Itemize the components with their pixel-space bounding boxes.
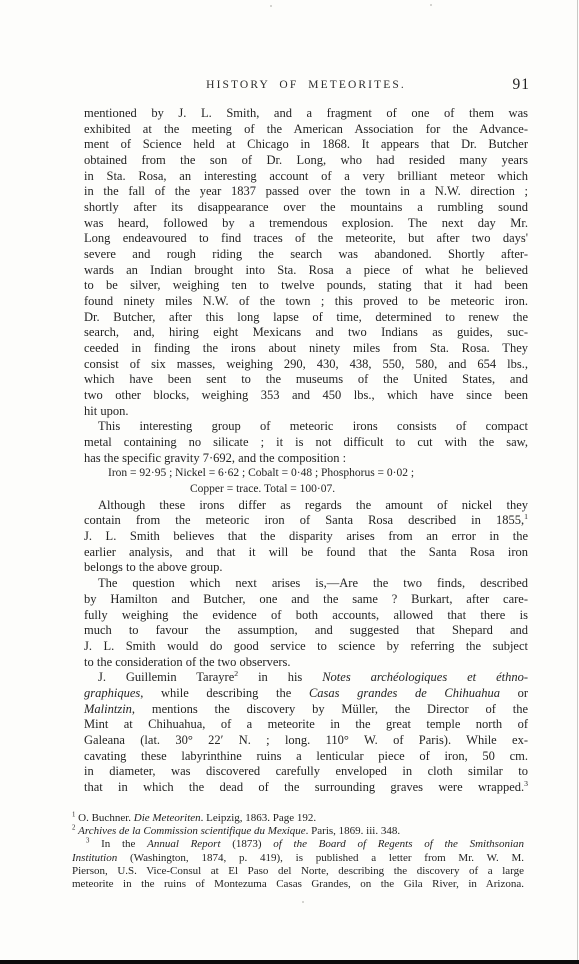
italic-text: Die Meteoriten xyxy=(134,812,201,824)
footnote: 1 O. Buchner. Die Meteoriten. Leipzig, 1… xyxy=(72,812,524,825)
text-segment: that in which the dead of the surroundin… xyxy=(84,780,524,794)
text-line: ceeded in finding the irons about ninety… xyxy=(84,341,528,357)
text-line: Pierson, U.S. Vice-Consul at El Paso del… xyxy=(72,865,524,878)
text-line: belongs to the above group. xyxy=(84,560,528,576)
text-line: search, and, hiring eight Mexicans and t… xyxy=(84,325,528,341)
header-title: HISTORY OF METEORITES. xyxy=(84,79,528,91)
text-segment: . Leipzig, 1863. Page 192. xyxy=(201,812,316,824)
text-line: Long endeavoured to find traces of the m… xyxy=(84,231,528,247)
scan-speck xyxy=(430,4,432,6)
text-line: in Sta. Rosa, an interesting account of … xyxy=(84,169,528,185)
text-line: Copper = trace. Total = 100·07. xyxy=(84,482,528,498)
scan-speck xyxy=(302,901,304,903)
text-line: was heard, followed by a tremendous expl… xyxy=(84,216,528,232)
text-line: The question which next arises is,—Are t… xyxy=(84,576,528,592)
text-segment: O. Buchner. xyxy=(75,812,133,824)
text-segment: . Paris, 1869. iii. 348. xyxy=(306,825,400,837)
italic-text: Archives de la Commission scientifique d… xyxy=(78,825,306,837)
text-segment: In the xyxy=(89,838,147,850)
italic-text: Institution xyxy=(72,852,117,864)
text-segment: contain from the meteoric iron of Santa … xyxy=(84,513,524,527)
text-line: in the fall of the year 1837 passed over… xyxy=(84,184,528,200)
composition-block: Iron = 92·95 ; Nickel = 6·62 ; Cobalt = … xyxy=(84,466,528,497)
text-line: hit upon. xyxy=(84,404,528,420)
paragraph: The question which next arises is,—Are t… xyxy=(84,576,528,670)
paragraph: J. Guillemin Tarayre2 in his Notes arché… xyxy=(84,670,528,795)
running-header: HISTORY OF METEORITES. 91 xyxy=(84,79,528,97)
italic-text: Notes archéologiques et éthno- xyxy=(322,670,528,684)
text-line: Malintzin, mentions the discovery by Mül… xyxy=(84,702,528,718)
text-line: earlier analysis, and that it will be fo… xyxy=(84,545,528,561)
text-segment: , mentions the discovery by Müller, the … xyxy=(132,702,528,716)
text-line: obtained from the son of Dr. Long, who h… xyxy=(84,153,528,169)
text-line: Dr. Butcher, after this long lapse of ti… xyxy=(84,310,528,326)
text-line: 1 O. Buchner. Die Meteoriten. Leipzig, 1… xyxy=(72,812,524,825)
text-line: Although these irons differ as regards t… xyxy=(84,498,528,514)
text-line: ment of Science held at Chicago in 1868.… xyxy=(84,137,528,153)
text-line: Galeana (lat. 30° 22′ N. ; long. 110° W.… xyxy=(84,733,528,749)
text-line: cavating these labyrinthine ruins a lent… xyxy=(84,749,528,765)
text-line: consist of six masses, weighing 290, 430… xyxy=(84,357,528,373)
italic-text: Malintzin xyxy=(84,702,132,716)
text-line: by Hamilton and Butcher, one and the sam… xyxy=(84,592,528,608)
text-line: which have been sent to the museums of t… xyxy=(84,372,528,388)
paragraph: mentioned by J. L. Smith, and a fragment… xyxy=(84,106,528,419)
footnote: 3 In the Annual Report (1873) of the Boa… xyxy=(72,838,524,891)
text-line: has the specific gravity 7·692, and the … xyxy=(84,451,528,467)
footnote-marker: 3 xyxy=(524,779,528,788)
page-scan: HISTORY OF METEORITES. 91 mentioned by J… xyxy=(0,0,579,964)
text-line: to be silver, weighing ten to twelve pou… xyxy=(84,278,528,294)
footnote-marker: 1 xyxy=(524,512,528,521)
text-line: Iron = 92·95 ; Nickel = 6·62 ; Cobalt = … xyxy=(84,466,528,482)
right-scan-edge xyxy=(577,0,578,964)
paragraph: This interesting group of meteoric irons… xyxy=(84,419,528,466)
text-line: 2 Archives de la Commission scientifique… xyxy=(72,825,524,838)
text-line: fully weighing the evidence of both acco… xyxy=(84,608,528,624)
text-line: severe and rough riding the search was a… xyxy=(84,247,528,263)
text-line: This interesting group of meteoric irons… xyxy=(84,419,528,435)
text-line: meteorite in the ruins of Montezuma Casa… xyxy=(72,878,524,891)
italic-text: of the Board of Regents of the Smithsoni… xyxy=(273,838,524,850)
text-line: contain from the meteoric iron of Santa … xyxy=(84,513,528,529)
text-line: to the consideration of the two observer… xyxy=(84,655,528,671)
text-line: J. L. Smith believes that the disparity … xyxy=(84,529,528,545)
paragraph: Although these irons differ as regards t… xyxy=(84,498,528,576)
text-segment: (1873) xyxy=(221,838,274,850)
text-line: two other blocks, weighing 353 and 450 l… xyxy=(84,388,528,404)
text-line: Mint at Chihuahua, of a meteorite in the… xyxy=(84,717,528,733)
bottom-scan-edge xyxy=(0,960,579,964)
text-line: Institution (Washington, 1874, p. 419), … xyxy=(72,852,524,865)
text-line: mentioned by J. L. Smith, and a fragment… xyxy=(84,106,528,122)
text-segment: in his xyxy=(238,670,322,684)
footnote: 2 Archives de la Commission scientifique… xyxy=(72,825,524,838)
text-line: wards an Indian brought into Sta. Rosa a… xyxy=(84,263,528,279)
text-line: found ninety miles N.W. of the town ; th… xyxy=(84,294,528,310)
footnotes-section: 1 O. Buchner. Die Meteoriten. Leipzig, 1… xyxy=(72,812,524,891)
text-segment: or xyxy=(500,686,528,700)
text-segment: , while describing the xyxy=(140,686,309,700)
text-line: exhibited at the meeting of the American… xyxy=(84,122,528,138)
text-line: metal containing no silicate ; it is not… xyxy=(84,435,528,451)
text-segment: J. Guillemin Tarayre xyxy=(98,670,234,684)
text-line: shortly after its disappearance over the… xyxy=(84,200,528,216)
text-line: J. Guillemin Tarayre2 in his Notes arché… xyxy=(84,670,528,686)
text-line: in diameter, was discovered carefully en… xyxy=(84,764,528,780)
italic-text: graphiques xyxy=(84,686,140,700)
text-segment: (Washington, 1874, p. 419), is published… xyxy=(117,852,524,864)
text-line: 3 In the Annual Report (1873) of the Boa… xyxy=(72,838,524,851)
body-text: mentioned by J. L. Smith, and a fragment… xyxy=(84,106,528,796)
scan-speck xyxy=(270,5,272,7)
text-line: much to favour the assumption, and sugge… xyxy=(84,623,528,639)
italic-text: Casas grandes de Chihuahua xyxy=(309,686,500,700)
text-line: that in which the dead of the surroundin… xyxy=(84,780,528,796)
page-number: 91 xyxy=(513,76,531,94)
italic-text: Annual Report xyxy=(147,838,220,850)
text-line: J. L. Smith would do good service to sci… xyxy=(84,639,528,655)
text-line: graphiques, while describing the Casas g… xyxy=(84,686,528,702)
